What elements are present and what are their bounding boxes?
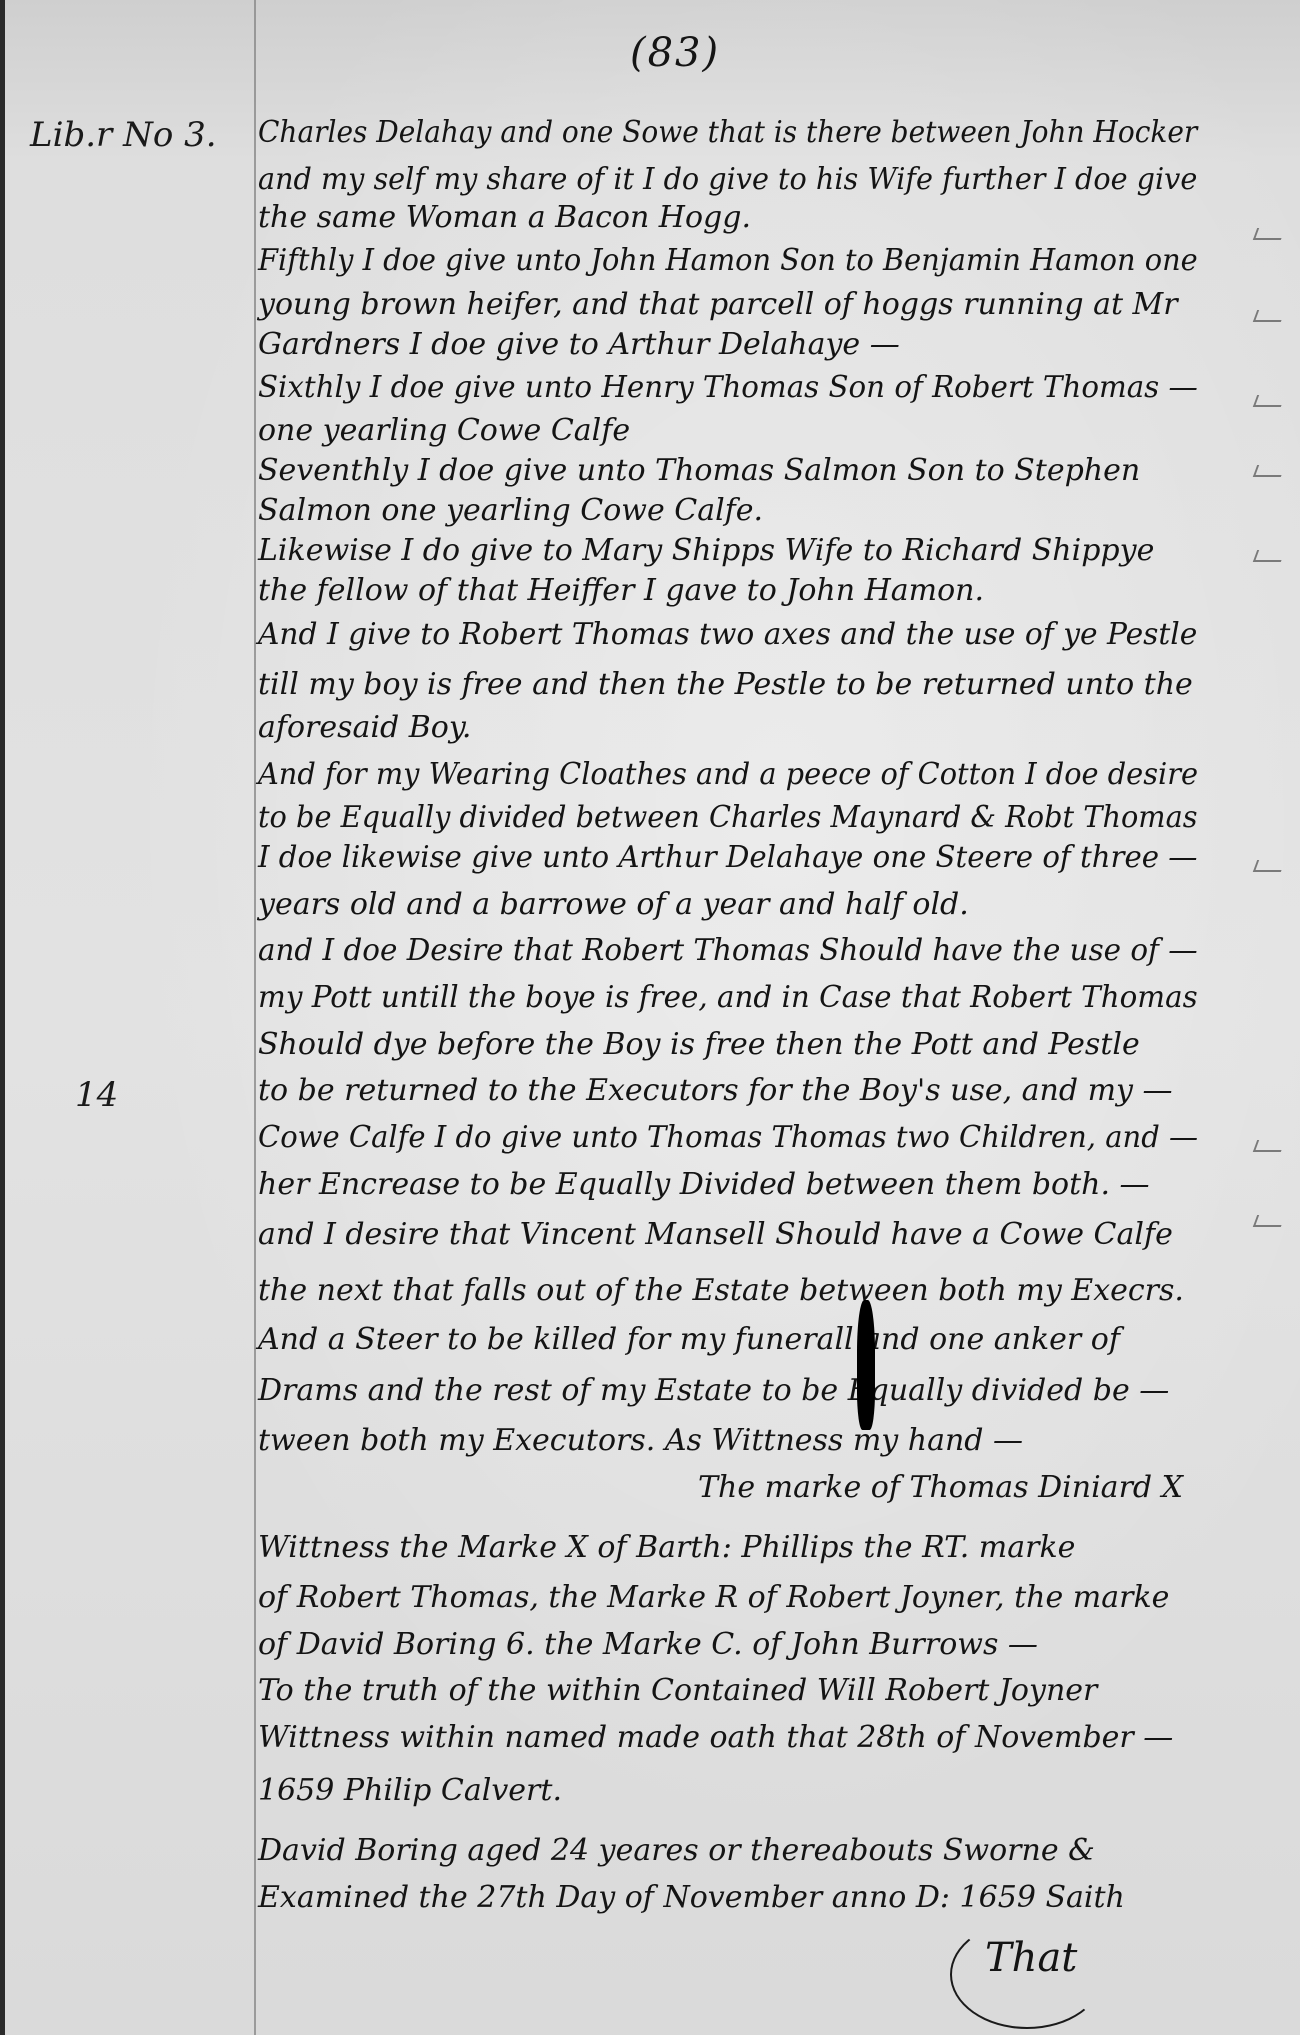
manuscript-line: years old and a barrowe of a year and ha…	[258, 890, 969, 920]
manuscript-line: tween both my Executors. As Wittness my …	[258, 1426, 1023, 1456]
margin-check-mark-icon	[1253, 465, 1285, 477]
manuscript-line: Wittness within named made oath that 28t…	[258, 1723, 1173, 1753]
manuscript-line: her Encrease to be Equally Divided betwe…	[258, 1170, 1150, 1200]
manuscript-line: David Boring aged 24 yeares or thereabou…	[258, 1836, 1095, 1866]
manuscript-line: and I desire that Vincent Mansell Should…	[258, 1220, 1173, 1250]
manuscript-line: And a Steer to be killed for my funerall…	[258, 1325, 1120, 1355]
margin-note: Lib.r No 3.	[30, 115, 217, 155]
manuscript-page: (83) Lib.r No 3.14 Charles Delahay and o…	[0, 0, 1300, 2035]
manuscript-line: Gardners I doe give to Arthur Delahaye —	[258, 330, 900, 360]
margin-note: 14	[75, 1075, 118, 1115]
manuscript-line: and my self my share of it I do give to …	[258, 165, 1197, 195]
manuscript-line: To the truth of the within Contained Wil…	[258, 1676, 1097, 1706]
manuscript-line: the fellow of that Heiffer I gave to Joh…	[258, 576, 984, 606]
manuscript-line: Wittness the Marke X of Barth: Phillips …	[258, 1533, 1075, 1563]
manuscript-line: to be Equally divided between Charles Ma…	[258, 803, 1198, 833]
manuscript-line: aforesaid Boy.	[258, 713, 471, 743]
ink-blot	[857, 1300, 875, 1430]
manuscript-line: of David Boring 6. the Marke C. of John …	[258, 1630, 1038, 1660]
manuscript-line: the same Woman a Bacon Hogg.	[258, 203, 751, 233]
manuscript-line: Should dye before the Boy is free then t…	[258, 1030, 1140, 1060]
margin-check-mark-icon	[1253, 395, 1285, 407]
manuscript-line: Seventhly I doe give unto Thomas Salmon …	[258, 456, 1140, 486]
margin-check-mark-icon	[1253, 228, 1285, 240]
page-edge-shadow	[0, 0, 5, 2035]
manuscript-line: I doe likewise give unto Arthur Delahaye…	[258, 843, 1197, 873]
margin-check-mark-icon	[1253, 1140, 1285, 1152]
manuscript-line: Drams and the rest of my Estate to be Eq…	[258, 1376, 1169, 1406]
manuscript-line: The marke of Thomas Diniard X	[698, 1473, 1183, 1503]
manuscript-line: one yearling Cowe Calfe	[258, 416, 630, 446]
manuscript-line: Likewise I do give to Mary Shipps Wife t…	[258, 536, 1154, 566]
margin-rule-line	[254, 0, 256, 2035]
manuscript-line: the next that falls out of the Estate be…	[258, 1276, 1184, 1306]
manuscript-line: of Robert Thomas, the Marke R of Robert …	[258, 1583, 1169, 1613]
manuscript-line: till my boy is free and then the Pestle …	[258, 670, 1193, 700]
margin-check-mark-icon	[1253, 860, 1285, 872]
manuscript-line: to be returned to the Executors for the …	[258, 1076, 1173, 1106]
manuscript-line: and I doe Desire that Robert Thomas Shou…	[258, 936, 1198, 966]
catchword: That	[985, 1935, 1077, 1981]
manuscript-line: And for my Wearing Cloathes and a peece …	[258, 760, 1198, 790]
manuscript-line: Salmon one yearling Cowe Calfe.	[258, 496, 763, 526]
manuscript-line: 1659 Philip Calvert.	[258, 1776, 562, 1806]
page-number: (83)	[630, 30, 720, 76]
manuscript-line: young brown heifer, and that parcell of …	[258, 290, 1178, 320]
manuscript-line: Fifthly I doe give unto John Hamon Son t…	[258, 246, 1198, 276]
margin-check-mark-icon	[1253, 310, 1285, 322]
manuscript-line: my Pott untill the boye is free, and in …	[258, 983, 1198, 1013]
margin-check-mark-icon	[1253, 550, 1285, 562]
manuscript-line: Charles Delahay and one Sowe that is the…	[258, 118, 1197, 148]
margin-check-mark-icon	[1253, 1215, 1285, 1227]
manuscript-line: Examined the 27th Day of November anno D…	[258, 1883, 1125, 1913]
manuscript-line: Sixthly I doe give unto Henry Thomas Son…	[258, 373, 1198, 403]
manuscript-line: Cowe Calfe I do give unto Thomas Thomas …	[258, 1123, 1198, 1153]
manuscript-line: And I give to Robert Thomas two axes and…	[258, 620, 1197, 650]
